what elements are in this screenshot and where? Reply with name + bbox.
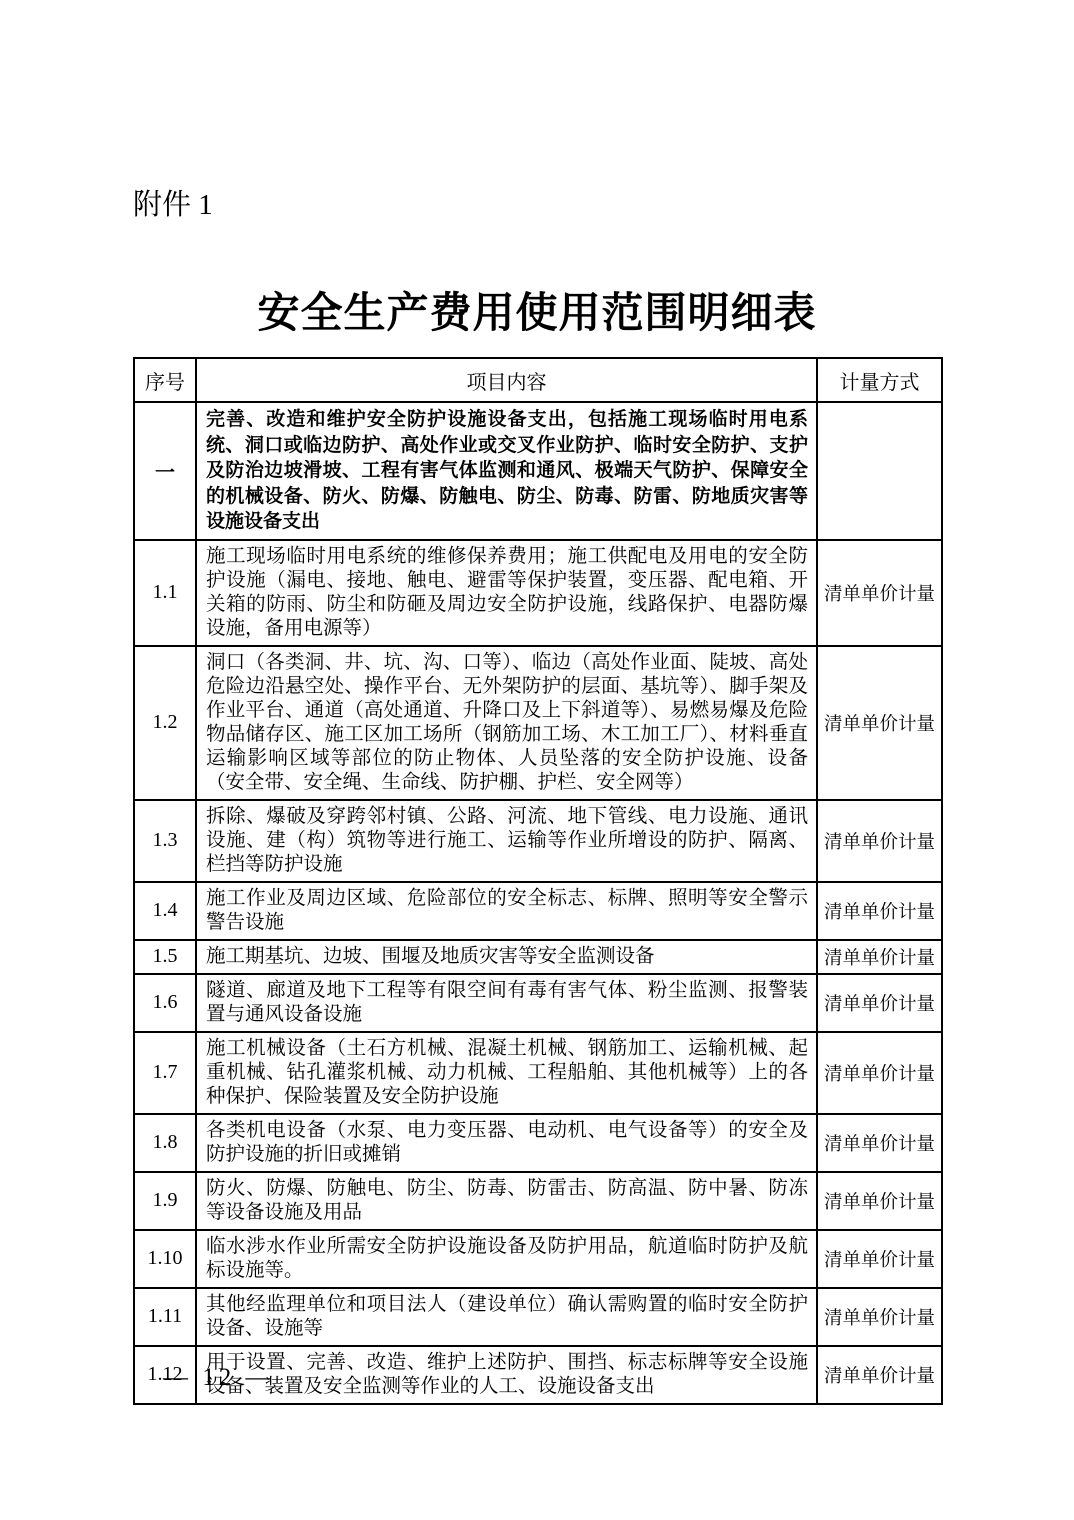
row-project-content: 施工机械设备（土石方机械、混凝土机械、钢筋加工、运输机械、起重机械、钻孔灌浆机械… <box>196 1032 817 1114</box>
row-measure-method: 清单单价计量 <box>817 974 942 1032</box>
table-row: 1.11其他经监理单位和项目法人（建设单位）确认需购置的临时安全防护设备、设施等… <box>134 1288 942 1346</box>
row-measure-method: 清单单价计量 <box>817 1114 942 1172</box>
row-measure-method: 清单单价计量 <box>817 1288 942 1346</box>
row-project-content: 完善、改造和维护安全防护设施设备支出，包括施工现场临时用电系统、洞口或临边防护、… <box>196 402 817 540</box>
row-measure-method: 清单单价计量 <box>817 1346 942 1404</box>
attachment-label: 附件 1 <box>133 188 213 222</box>
row-project-content: 其他经监理单位和项目法人（建设单位）确认需购置的临时安全防护设备、设施等 <box>196 1288 817 1346</box>
row-project-content: 临水涉水作业所需安全防护设施设备及防护用品，航道临时防护及航标设施等。 <box>196 1230 817 1288</box>
row-serial-number: 1.6 <box>134 974 196 1032</box>
row-measure-method: 清单单价计量 <box>817 646 942 800</box>
row-serial-number: 1.9 <box>134 1172 196 1230</box>
row-measure-method: 清单单价计量 <box>817 800 942 882</box>
table-row: 1.5施工期基坑、边坡、围堰及地质灾害等安全监测设备清单单价计量 <box>134 940 942 974</box>
row-measure-method: 清单单价计量 <box>817 540 942 646</box>
row-measure-method <box>817 402 942 540</box>
row-serial-number: 1.1 <box>134 540 196 646</box>
row-project-content: 洞口（各类洞、井、坑、沟、口等）、临边（高处作业面、陡坡、高处危险边沿悬空处、操… <box>196 646 817 800</box>
table-row: 1.1施工现场临时用电系统的维修保养费用；施工供配电及用电的安全防护设施（漏电、… <box>134 540 942 646</box>
table-header-row: 序号 项目内容 计量方式 <box>134 358 942 402</box>
table-row: 1.3拆除、爆破及穿跨邻村镇、公路、河流、地下管线、电力设施、通讯设施、建（构）… <box>134 800 942 882</box>
row-project-content: 隧道、廊道及地下工程等有限空间有毒有害气体、粉尘监测、报警装置与通风设备设施 <box>196 974 817 1032</box>
row-project-content: 施工作业及周边区域、危险部位的安全标志、标牌、照明等安全警示警告设施 <box>196 882 817 940</box>
row-serial-number: 1.7 <box>134 1032 196 1114</box>
row-project-content: 防火、防爆、防触电、防尘、防毒、防雷击、防高温、防中暑、防冻等设备设施及用品 <box>196 1172 817 1230</box>
table-row: 1.8各类机电设备（水泵、电力变压器、电动机、电气设备等）的安全及防护设施的折旧… <box>134 1114 942 1172</box>
row-serial-number: 1.10 <box>134 1230 196 1288</box>
table-row: 1.2洞口（各类洞、井、坑、沟、口等）、临边（高处作业面、陡坡、高处危险边沿悬空… <box>134 646 942 800</box>
row-serial-number: 1.8 <box>134 1114 196 1172</box>
row-serial-number: 1.4 <box>134 882 196 940</box>
row-project-content: 施工期基坑、边坡、围堰及地质灾害等安全监测设备 <box>196 940 817 974</box>
table-row: 1.10临水涉水作业所需安全防护设施设备及防护用品，航道临时防护及航标设施等。清… <box>134 1230 942 1288</box>
row-measure-method: 清单单价计量 <box>817 940 942 974</box>
row-serial-number: 一 <box>134 402 196 540</box>
table-row: 1.9防火、防爆、防触电、防尘、防毒、防雷击、防高温、防中暑、防冻等设备设施及用… <box>134 1172 942 1230</box>
row-measure-method: 清单单价计量 <box>817 1230 942 1288</box>
row-serial-number: 1.2 <box>134 646 196 800</box>
row-serial-number: 1.3 <box>134 800 196 882</box>
table-row: 1.7施工机械设备（土石方机械、混凝土机械、钢筋加工、运输机械、起重机械、钻孔灌… <box>134 1032 942 1114</box>
table-row: 一完善、改造和维护安全防护设施设备支出，包括施工现场临时用电系统、洞口或临边防护… <box>134 402 942 540</box>
col-header-measure: 计量方式 <box>817 358 942 402</box>
table-row: 1.6隧道、廊道及地下工程等有限空间有毒有害气体、粉尘监测、报警装置与通风设备设… <box>134 974 942 1032</box>
row-project-content: 拆除、爆破及穿跨邻村镇、公路、河流、地下管线、电力设施、通讯设施、建（构）筑物等… <box>196 800 817 882</box>
row-measure-method: 清单单价计量 <box>817 882 942 940</box>
page-title: 安全生产费用使用范围明细表 <box>133 288 941 340</box>
page-number: — 12 — <box>163 1364 275 1392</box>
table-row: 1.4施工作业及周边区域、危险部位的安全标志、标牌、照明等安全警示警告设施清单单… <box>134 882 942 940</box>
row-project-content: 各类机电设备（水泵、电力变压器、电动机、电气设备等）的安全及防护设施的折旧或摊销 <box>196 1114 817 1172</box>
row-serial-number: 1.11 <box>134 1288 196 1346</box>
row-serial-number: 1.5 <box>134 940 196 974</box>
col-header-content: 项目内容 <box>196 358 817 402</box>
row-project-content: 施工现场临时用电系统的维修保养费用；施工供配电及用电的安全防护设施（漏电、接地、… <box>196 540 817 646</box>
row-measure-method: 清单单价计量 <box>817 1172 942 1230</box>
col-header-serial: 序号 <box>134 358 196 402</box>
document-page: 附件 1 安全生产费用使用范围明细表 序号 项目内容 计量方式 一完善、改造和维… <box>0 0 1074 1520</box>
row-project-content: 用于设置、完善、改造、维护上述防护、围挡、标志标牌等安全设施设备、装置及安全监测… <box>196 1346 817 1404</box>
safety-cost-table: 序号 项目内容 计量方式 一完善、改造和维护安全防护设施设备支出，包括施工现场临… <box>133 357 943 1405</box>
row-measure-method: 清单单价计量 <box>817 1032 942 1114</box>
